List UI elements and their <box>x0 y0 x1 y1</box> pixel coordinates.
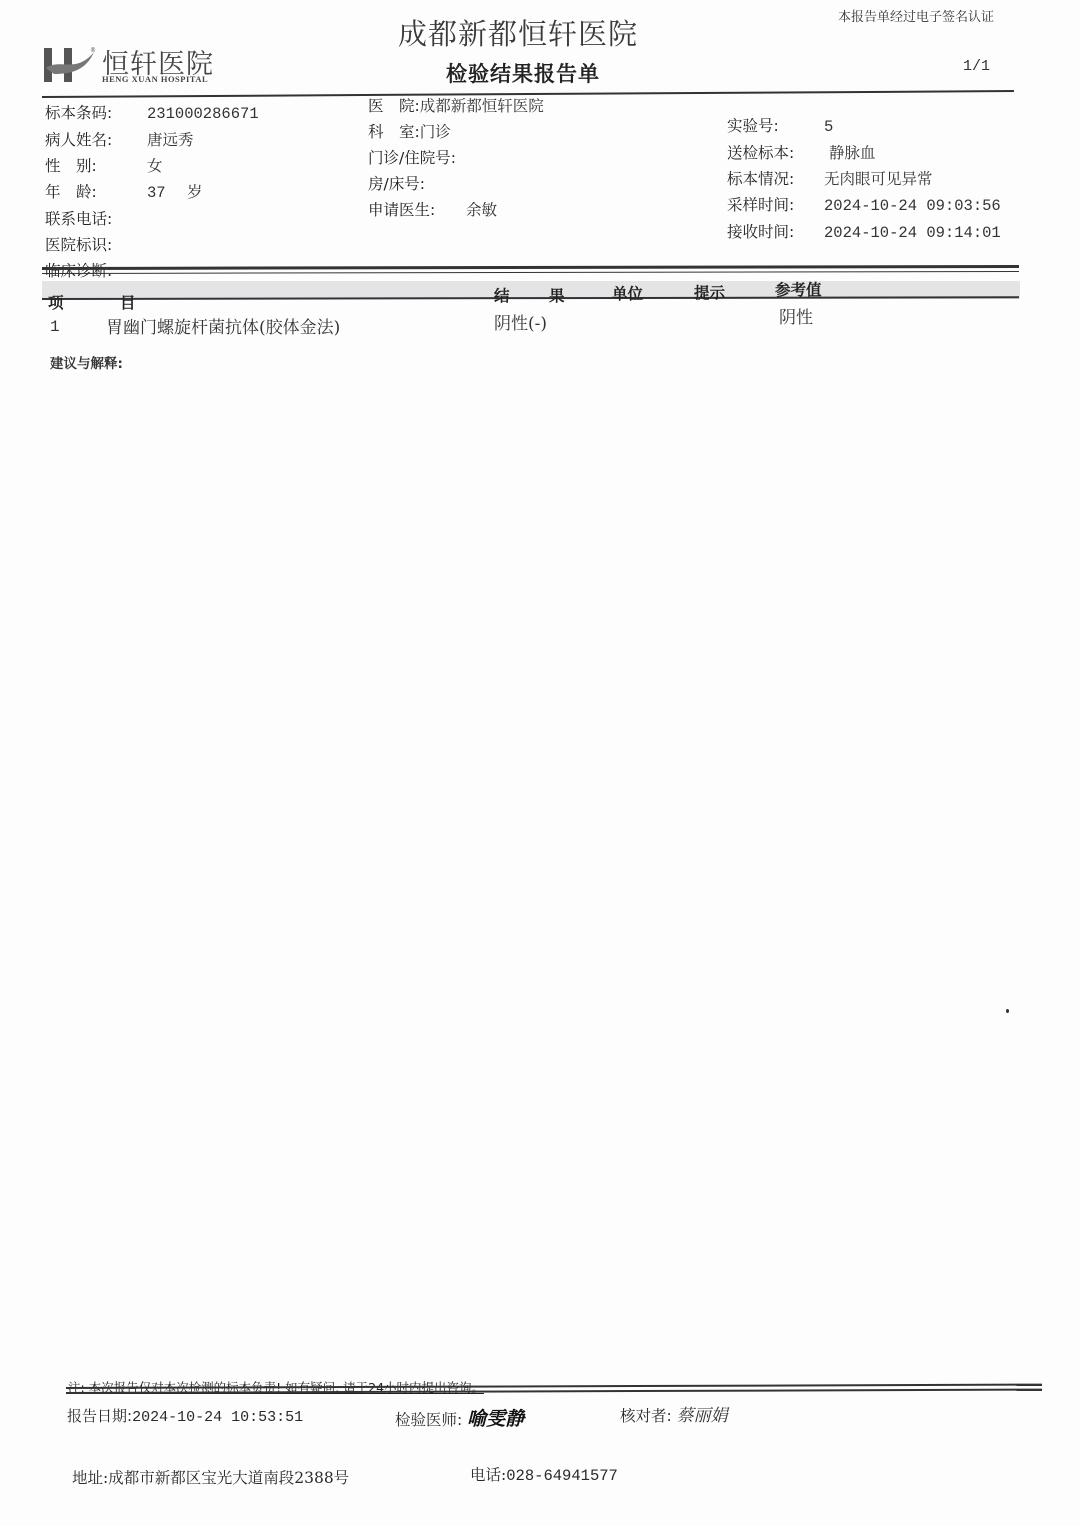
lab-number: 5 <box>824 118 833 136</box>
specimen-barcode-row: 标本条码:231000286671 <box>45 100 259 127</box>
hospital-address: 地址:成都市新都区宝光大道南段2388号 <box>72 1466 349 1488</box>
column-header-item-2: 目 <box>120 291 136 313</box>
comments-label: 建议与解释: <box>50 352 123 372</box>
visit-info: 医 院:成都新都恒轩医院 科 室:门诊 门诊/住院号: 房/床号: 申请医生:余… <box>368 93 544 223</box>
hospital-logo: ® 恒轩医院 HENG XUAN HOSPITAL <box>42 42 232 87</box>
collected-time-row: 采样时间:2024-10-24 09:03:56 <box>727 192 1001 219</box>
patient-name: 唐远秀 <box>147 131 194 149</box>
hospital-phone: 电话:028-64941577 <box>470 1463 618 1485</box>
doctor-row: 申请医生:余敏 <box>368 197 544 223</box>
lab-no-row: 实验号:5 <box>727 113 1001 140</box>
collected-time: 2024-10-24 09:03:56 <box>824 197 1001 215</box>
patient-name-row: 病人姓名:唐远秀 <box>45 127 259 153</box>
hospital-row: 医 院:成都新都恒轩医院 <box>368 93 544 119</box>
gender: 女 <box>147 157 163 175</box>
reviewer-signature: 蔡丽娟 <box>677 1406 728 1426</box>
age-row: 年 龄:37岁 <box>45 179 259 206</box>
hospital-name: 成都新都恒轩医院 <box>420 97 544 115</box>
address-value: 成都市新都区宝光大道南段2388号 <box>108 1469 349 1487</box>
column-header-result-2: 果 <box>549 284 565 306</box>
outpatient-no-row: 门诊/住院号: <box>368 145 544 171</box>
received-time-row: 接收时间:2024-10-24 09:14:01 <box>727 219 1001 246</box>
column-header-item: 项 <box>48 291 64 313</box>
scan-speck <box>1006 1009 1009 1013</box>
row-number: 1 <box>50 318 60 336</box>
page-number: 1/1 <box>963 58 990 75</box>
column-header-flag: 提示 <box>694 281 725 303</box>
examiner: 检验医师: 喻雯静 <box>395 1404 524 1431</box>
examiner-signature: 喻雯静 <box>467 1408 524 1430</box>
department-row: 科 室:门诊 <box>368 119 544 145</box>
column-header-reference: 参考值 <box>775 278 822 300</box>
test-result: 阴性(-) <box>494 309 547 334</box>
test-item: 胃幽门螺旋杆菌抗体(胶体金法) <box>106 313 340 338</box>
age: 37 <box>147 180 187 206</box>
age-unit: 岁 <box>187 183 203 201</box>
hospital-id-row: 医院标识: <box>45 232 259 258</box>
report-title: 检验结果报告单 <box>446 58 600 88</box>
gender-row: 性 别:女 <box>45 153 259 179</box>
phone-row: 联系电话: <box>45 206 259 232</box>
table-top-rule <box>42 265 1019 270</box>
reference-value: 阴性 <box>779 303 813 328</box>
specimen-type: 静脉血 <box>829 144 876 162</box>
phone-value: 028-64941577 <box>506 1467 618 1485</box>
specimen-type-row: 送检标本:静脉血 <box>727 140 1001 166</box>
specimen-barcode: 231000286671 <box>147 105 259 123</box>
specimen-info: 实验号:5 送检标本:静脉血 标本情况:无肉眼可见异常 采样时间:2024-10… <box>727 113 1001 246</box>
bed-no-row: 房/床号: <box>368 171 544 197</box>
requesting-doctor: 余敏 <box>466 201 497 219</box>
received-time: 2024-10-24 09:14:01 <box>824 224 1001 242</box>
column-header-unit: 单位 <box>612 282 643 304</box>
reviewer: 核对者: 蔡丽娟 <box>620 1401 728 1426</box>
table-header-bottom-rule <box>42 296 1019 299</box>
column-header-result: 结 <box>494 284 510 306</box>
report-date-value: 2024-10-24 10:53:51 <box>132 1409 303 1426</box>
hospital-title: 成都新都恒轩医院 <box>398 12 638 53</box>
department: 门诊 <box>420 123 451 141</box>
report-date: 报告日期:2024-10-24 10:53:51 <box>67 1405 303 1426</box>
svg-text:®: ® <box>90 47 96 54</box>
esign-note: 本报告单经过电子签名认证 <box>838 6 994 25</box>
specimen-condition-row: 标本情况:无肉眼可见异常 <box>727 166 1001 192</box>
hospital-logo-icon: ® <box>42 44 98 84</box>
patient-info: 标本条码:231000286671 病人姓名:唐远秀 性 别:女 年 龄:37岁… <box>45 100 259 284</box>
specimen-condition: 无肉眼可见异常 <box>824 170 933 188</box>
logo-english-name: HENG XUAN HOSPITAL <box>102 74 208 84</box>
